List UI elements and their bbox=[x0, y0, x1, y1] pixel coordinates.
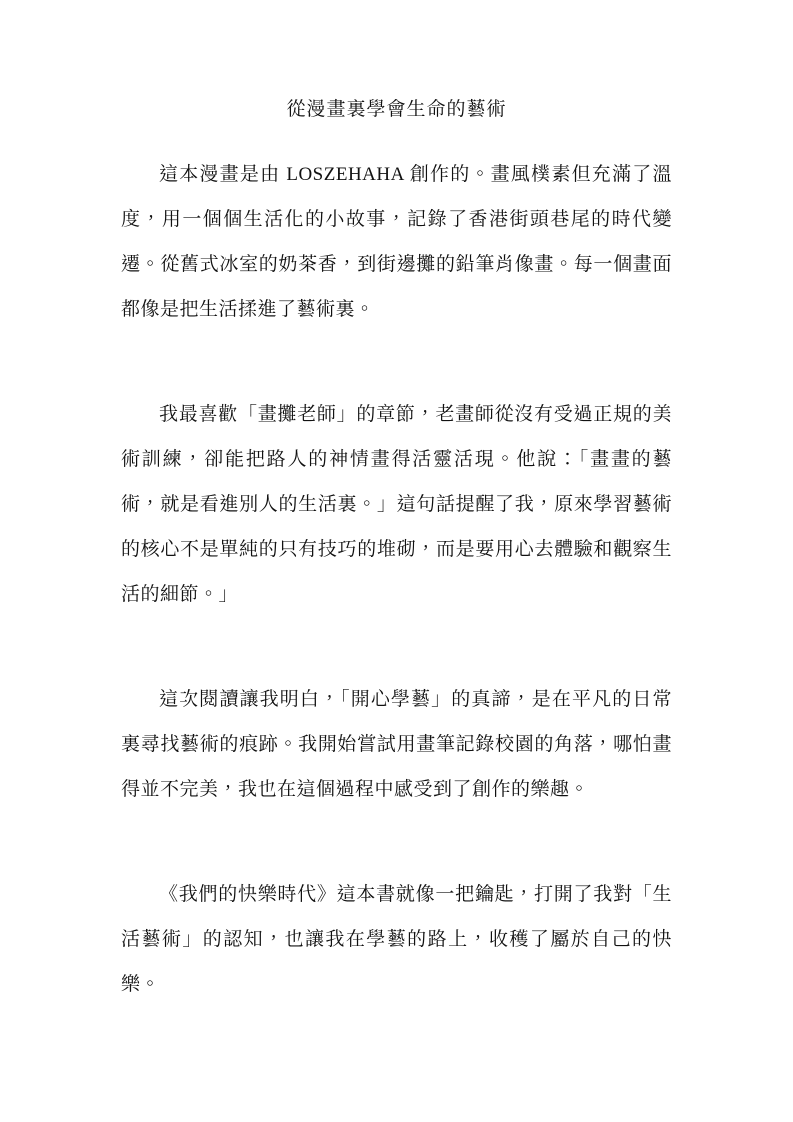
paragraph-3: 這次閱讀讓我明白，「開心學藝」的真諦，是在平凡的日常裏尋找藝術的痕跡。我開始嘗試… bbox=[121, 677, 672, 812]
document-title: 從漫畫裏學會生命的藝術 bbox=[121, 96, 672, 124]
paragraph-4: 《我們的快樂時代》這本書就像一把鑰匙，打開了我對「生活藝術」的認知，也讓我在學藝… bbox=[121, 872, 672, 1007]
document-page: 從漫畫裏學會生命的藝術 這本漫畫是由 LOSZEHAHA 創作的。畫風樸素但充滿… bbox=[0, 0, 793, 1122]
paragraph-1: 這本漫畫是由 LOSZEHAHA 創作的。畫風樸素但充滿了溫度，用一個個生活化的… bbox=[121, 152, 672, 332]
paragraph-2: 我最喜歡「畫攤老師」的章節，老畫師從沒有受過正規的美術訓練，卻能把路人的神情畫得… bbox=[121, 392, 672, 617]
document-content: 從漫畫裏學會生命的藝術 這本漫畫是由 LOSZEHAHA 創作的。畫風樸素但充滿… bbox=[121, 96, 672, 1007]
